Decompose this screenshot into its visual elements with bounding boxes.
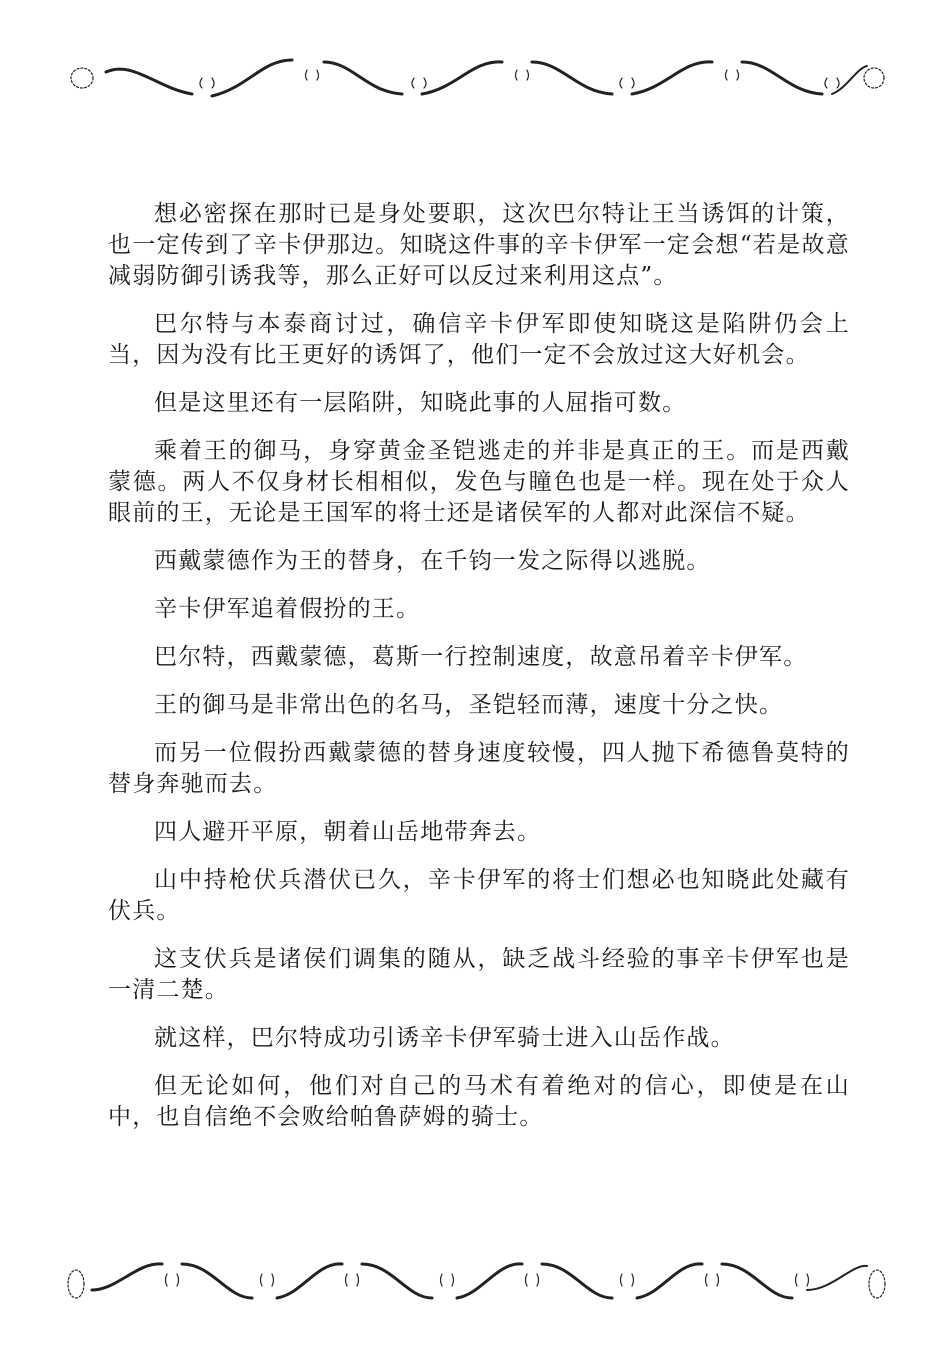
paragraph: 但是这里还有一层陷阱，知晓此事的人屈指可数。	[108, 388, 850, 419]
paragraph: 这支伏兵是诸侯们调集的随从，缺乏战斗经验的事辛卡伊军也是一清二楚。	[108, 944, 850, 1006]
paragraph: 四人避开平原，朝着山岳地带奔去。	[108, 817, 850, 848]
paragraph: 乘着王的御马，身穿黄金圣铠逃走的并非是真正的王。而是西戴蒙德。两人不仅身材长相相…	[108, 436, 850, 529]
paragraph: 但无论如何，他们对自己的马术有着绝对的信心，即使是在山中，也自信绝不会败给帕鲁萨…	[108, 1071, 850, 1133]
paragraph: 巴尔特，西戴蒙德，葛斯一行控制速度，故意吊着辛卡伊军。	[108, 642, 850, 673]
paragraph: 想必密探在那时已是身处要职，这次巴尔特让王当诱饵的计策，也一定传到了辛卡伊那边。…	[108, 199, 850, 292]
page-body: 想必密探在那时已是身处要职，这次巴尔特让王当诱饵的计策，也一定传到了辛卡伊那边。…	[108, 199, 850, 1150]
paragraph: 巴尔特与本泰商讨过，确信辛卡伊军即使知晓这是陷阱仍会上当，因为没有比王更好的诱饵…	[108, 309, 850, 371]
bottom-scroll-ornament	[62, 1250, 890, 1310]
paragraph: 就这样，巴尔特成功引诱辛卡伊军骑士进入山岳作战。	[108, 1023, 850, 1054]
top-scroll-ornament	[62, 48, 890, 108]
paragraph: 王的御马是非常出色的名马，圣铠轻而薄，速度十分之快。	[108, 690, 850, 721]
paragraph: 山中持枪伏兵潜伏已久，辛卡伊军的将士们想必也知晓此处藏有伏兵。	[108, 865, 850, 927]
paragraph: 辛卡伊军追着假扮的王。	[108, 594, 850, 625]
paragraph: 而另一位假扮西戴蒙德的替身速度较慢，四人抛下希德鲁莫特的替身奔驰而去。	[108, 738, 850, 800]
paragraph: 西戴蒙德作为王的替身，在千钧一发之际得以逃脱。	[108, 546, 850, 577]
